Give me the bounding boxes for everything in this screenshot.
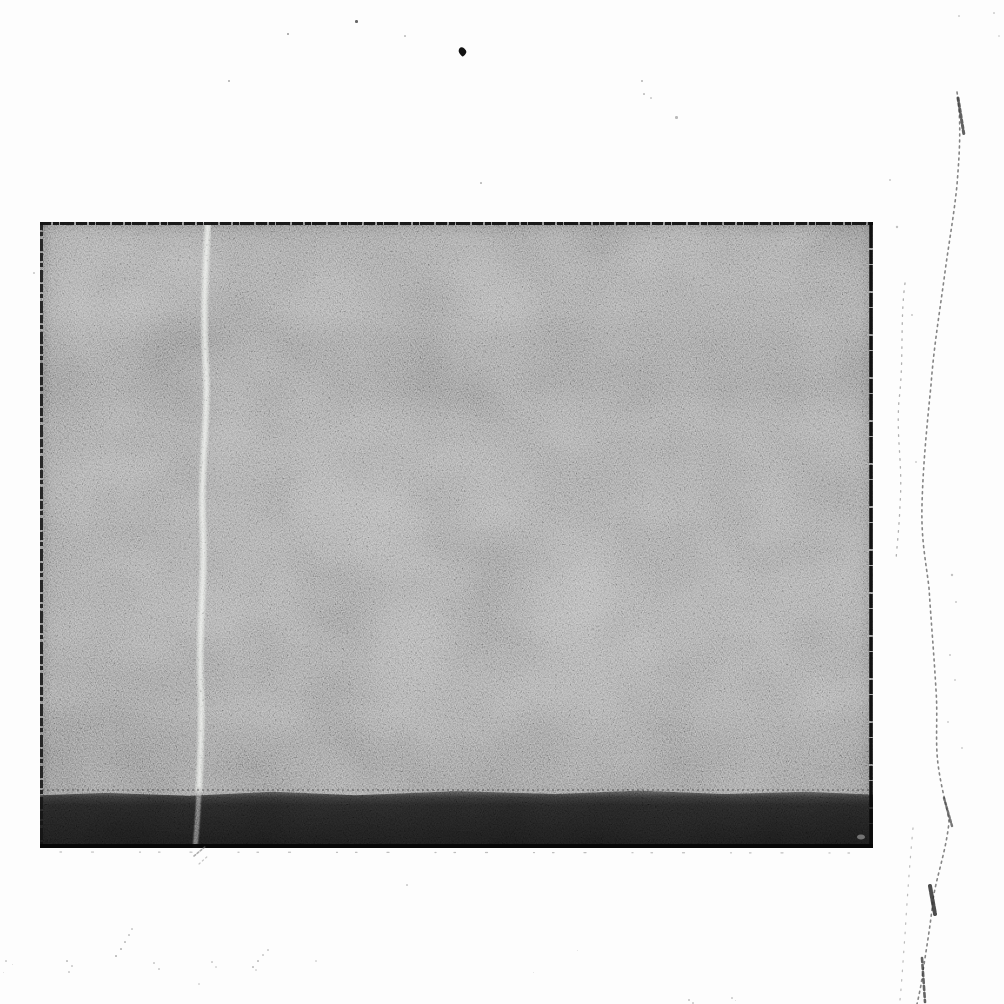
- dust-speck: [993, 12, 995, 14]
- dust-speck: [5, 960, 7, 962]
- dust-speck: [71, 965, 73, 967]
- fold-line: [199, 855, 209, 864]
- stray-dot: [951, 574, 953, 576]
- dust-speck: [688, 999, 690, 1001]
- dust-speck: [228, 80, 230, 82]
- dust-speck: [267, 949, 269, 951]
- dust-speck: [211, 961, 213, 963]
- dust-speck: [257, 960, 259, 962]
- fold-line: [900, 828, 913, 1000]
- dust-speck: [641, 80, 643, 82]
- dust-speck: [33, 272, 35, 274]
- stray-dot: [947, 721, 949, 723]
- dust-speck: [124, 941, 126, 943]
- dust-speck: [128, 934, 130, 936]
- dust-speck: [692, 1002, 694, 1004]
- fold-line: [944, 798, 952, 826]
- stray-dot: [955, 601, 957, 603]
- dust-speck: [577, 950, 578, 951]
- fold-line: [922, 958, 925, 1002]
- dust-speck: [958, 15, 960, 17]
- dust-speck: [115, 955, 117, 957]
- dust-speck: [731, 997, 733, 999]
- dust-speck: [158, 968, 160, 970]
- dust-speck: [735, 1000, 736, 1001]
- fold-line: [896, 283, 905, 560]
- photograph: [40, 222, 873, 848]
- band-light-fleck: [857, 835, 865, 840]
- scanned-page: [0, 0, 1004, 1004]
- dust-speck: [66, 960, 68, 962]
- dust-speck: [406, 884, 408, 886]
- fold-line: [958, 98, 964, 135]
- ink-speck: [457, 46, 468, 57]
- dust-speck: [215, 966, 217, 968]
- stray-dot: [911, 314, 913, 316]
- dust-speck: [287, 33, 289, 35]
- dust-speck: [3, 972, 4, 973]
- stray-dot: [896, 226, 898, 228]
- dust-speck: [404, 35, 406, 37]
- dust-speck: [998, 35, 1000, 37]
- dust-speck: [120, 948, 122, 950]
- stray-dot: [961, 747, 963, 749]
- dust-speck: [68, 971, 70, 973]
- dust-speck: [650, 97, 652, 99]
- dust-speck: [533, 972, 534, 973]
- stray-dot: [889, 179, 891, 181]
- dust-speck: [262, 954, 264, 956]
- dust-speck: [255, 969, 257, 971]
- dust-speck: [315, 960, 317, 962]
- dust-speck: [675, 116, 678, 119]
- dust-speck: [355, 20, 358, 23]
- photo-border: [40, 222, 873, 848]
- dust-speck: [480, 182, 482, 184]
- dust-speck: [12, 964, 13, 965]
- dust-speck: [198, 983, 200, 985]
- dust-speck: [643, 93, 645, 95]
- dust-speck: [153, 962, 155, 964]
- stray-dot: [954, 679, 956, 681]
- stray-dot: [915, 461, 917, 463]
- fold-line: [917, 92, 960, 1004]
- fold-line: [930, 886, 935, 914]
- dust-speck: [131, 928, 133, 930]
- dust-speck: [252, 966, 254, 968]
- stray-dot: [949, 654, 951, 656]
- fold-line: [60, 852, 868, 853]
